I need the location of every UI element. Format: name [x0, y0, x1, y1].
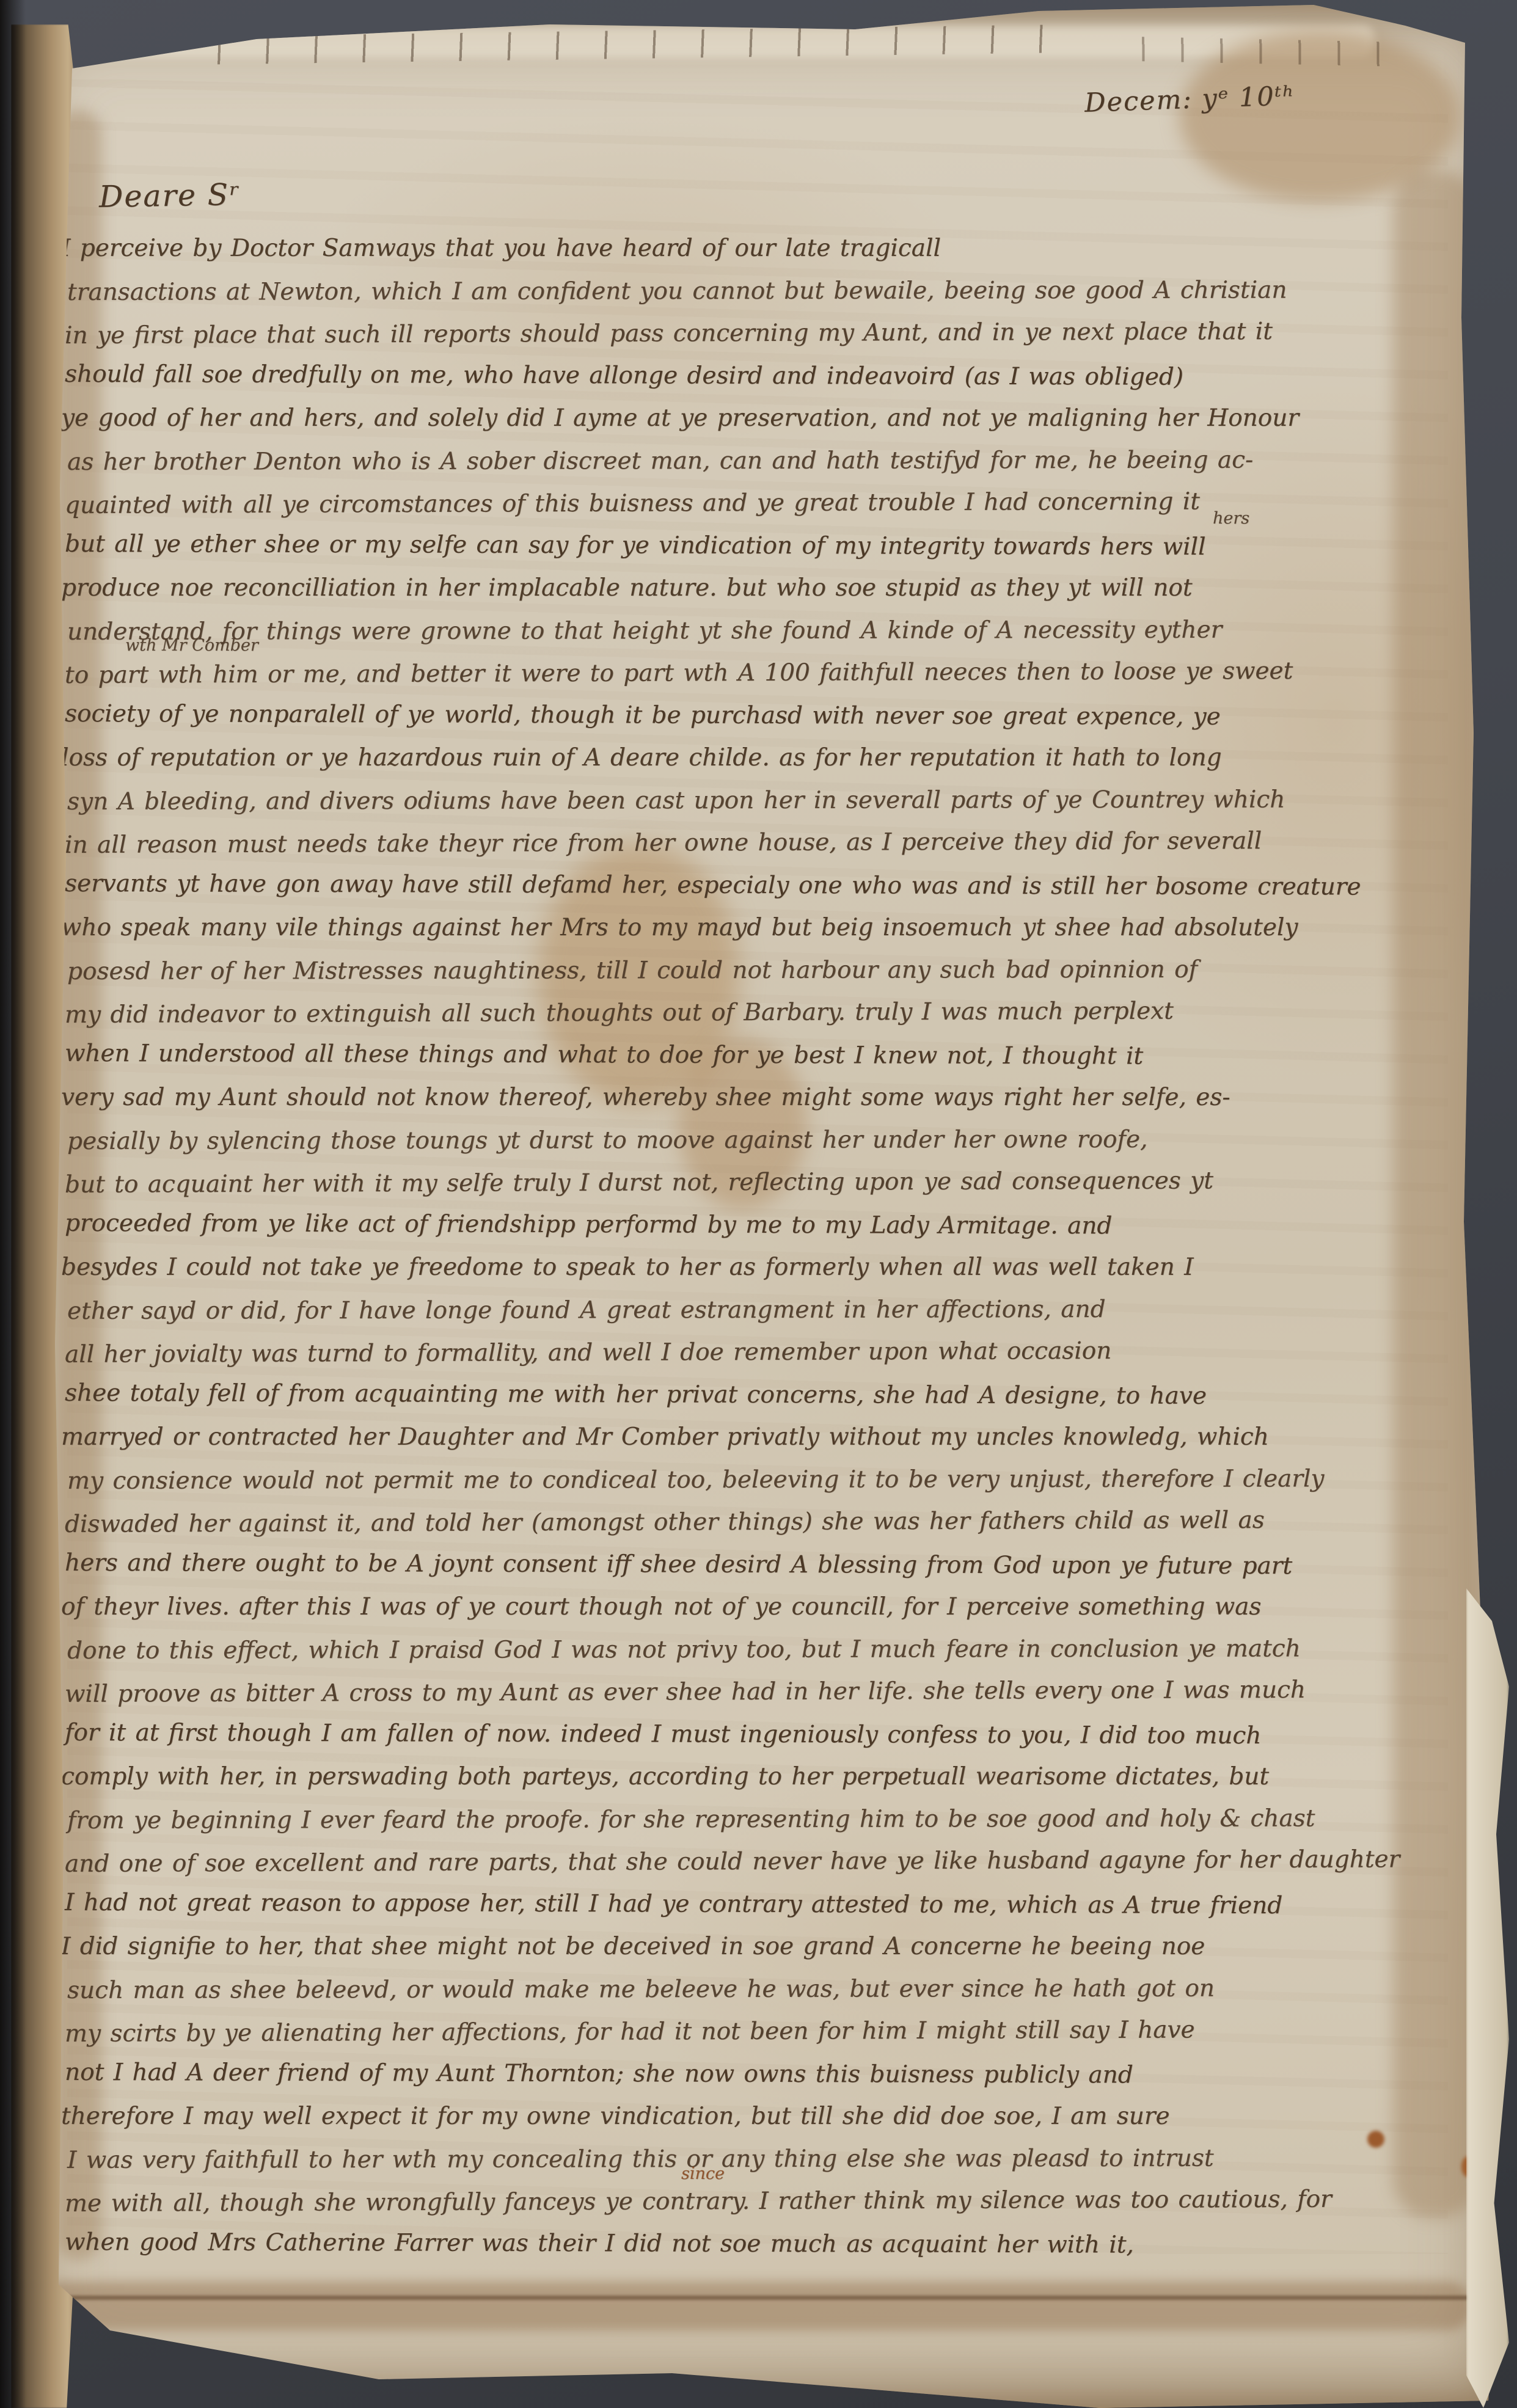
- manuscript-line: when good Mrs Catherine Farrer was their…: [65, 2220, 1470, 2267]
- crease-band: [37, 2282, 1472, 2330]
- manuscript-line: understand, for things were growne to th…: [67, 608, 1472, 653]
- manuscript-line: my scirts by ye alienating her affection…: [65, 2008, 1470, 2056]
- manuscript-line: transactions at Newton, which I am confi…: [67, 268, 1472, 313]
- manuscript-line: in all reason must needs take theyr rice…: [65, 819, 1470, 867]
- manuscript-line: loss of reputation or ye hazardous ruin …: [61, 737, 1466, 779]
- manuscript-line: done to this effect, which I praisd God …: [67, 1627, 1472, 1672]
- manuscript-line: ether sayd or did, for I have longe foun…: [67, 1287, 1472, 1332]
- manuscript-line: will proove as bitter A cross to my Aunt…: [65, 1668, 1470, 1716]
- manuscript-line: I was very faithfull to her wth my conce…: [67, 2136, 1472, 2181]
- manuscript-line: in ye first place that such ill reports …: [65, 310, 1470, 357]
- manuscript-line: society of ye nonparalell of ye world, t…: [65, 692, 1470, 739]
- manuscript-line: besydes I could not take ye freedome to …: [61, 1246, 1466, 1289]
- manuscript-line: comply with her, in perswading both part…: [61, 1756, 1466, 1798]
- manuscript-line: for it at first though I am fallen of no…: [65, 1711, 1470, 1757]
- manuscript-line: who speak many vile things against her M…: [61, 907, 1466, 949]
- manuscript-line: of theyr lives. after this I was of ye c…: [61, 1586, 1466, 1629]
- manuscript-line: proceeded from ye like act of friendship…: [65, 1202, 1470, 1248]
- manuscript-line: very sad my Aunt should not know thereof…: [61, 1076, 1466, 1119]
- manuscript-line: to part wth him or me, and better it wer…: [65, 649, 1470, 697]
- spine-shadow: [0, 0, 26, 2408]
- manuscript-line: as her brother Denton who is A sober dis…: [67, 438, 1472, 483]
- photograph-background: Decem: yᵉ 10ᵗʰ Deare Sʳ I perceive by Do…: [0, 0, 1517, 2408]
- manuscript-line: from ye beginning I ever feard the proof…: [67, 1797, 1472, 1842]
- manuscript-line: when I understood all these things and w…: [65, 1032, 1470, 1078]
- manuscript-line: produce noe reconcilliation in her impla…: [61, 567, 1466, 610]
- manuscript-line: ye good of her and hers, and solely did …: [61, 397, 1466, 440]
- crease-line: [24, 2296, 1479, 2300]
- manuscript-line: such man as shee beleevd, or would make …: [67, 1966, 1472, 2012]
- manuscript-line: all her jovialty was turnd to formallity…: [65, 1329, 1470, 1376]
- manuscript-line: but all ye ether shee or my selfe can sa…: [65, 522, 1470, 569]
- manuscript-line: posesd her of her Mistresses naughtiness…: [67, 947, 1472, 993]
- manuscript-line: I had not great reason to appose her, st…: [65, 1881, 1470, 1927]
- manuscript-line: quainted with all ye circomstances of th…: [65, 480, 1470, 527]
- manuscript-line: my consience would not permit me to cond…: [67, 1457, 1472, 1502]
- manuscript-line: therefore I may well expect it for my ow…: [61, 2095, 1466, 2138]
- manuscript-line: not I had A deer friend of my Aunt Thorn…: [65, 2051, 1470, 2097]
- cut-off-line-strokes: [196, 24, 1064, 65]
- manuscript-line: should fall soe dredfully on me, who hav…: [65, 352, 1470, 399]
- manuscript-line: marryed or contracted her Daughter and M…: [61, 1416, 1466, 1459]
- letter-body: I perceive by Doctor Samways that you ha…: [65, 227, 1470, 2265]
- manuscript-line: shee totaly fell of from acquainting me …: [65, 1371, 1470, 1418]
- manuscript-page: Decem: yᵉ 10ᵗʰ Deare Sʳ I perceive by Do…: [0, 0, 1517, 2408]
- manuscript-line: pesially by sylencing those toungs yt du…: [67, 1117, 1472, 1162]
- manuscript-line: hers and there ought to be A joynt conse…: [65, 1541, 1470, 1588]
- cut-off-line-strokes: [1124, 37, 1381, 67]
- manuscript-line: diswaded her against it, and told her (a…: [65, 1498, 1470, 1546]
- manuscript-line: I did signifie to her, that shee might n…: [61, 1925, 1466, 1968]
- manuscript-line: me with all, though she wrongfully fance…: [65, 2178, 1470, 2225]
- date-heading: Decem: yᵉ 10ᵗʰ: [1084, 81, 1295, 119]
- salutation: Deare Sʳ: [99, 177, 241, 214]
- manuscript-line: and one of soe excellent and rare parts,…: [65, 1838, 1470, 1886]
- manuscript-line: my did indeavor to extinguish all such t…: [65, 989, 1470, 1037]
- under-leaf-edge: [1466, 1588, 1509, 2408]
- manuscript-line: syn A bleeding, and divers odiums have b…: [67, 778, 1472, 823]
- manuscript-line: but to acquaint her with it my selfe tru…: [65, 1159, 1470, 1206]
- manuscript-line: servants yt have gon away have still def…: [65, 862, 1470, 908]
- manuscript-line: I perceive by Doctor Samways that you ha…: [61, 227, 1466, 270]
